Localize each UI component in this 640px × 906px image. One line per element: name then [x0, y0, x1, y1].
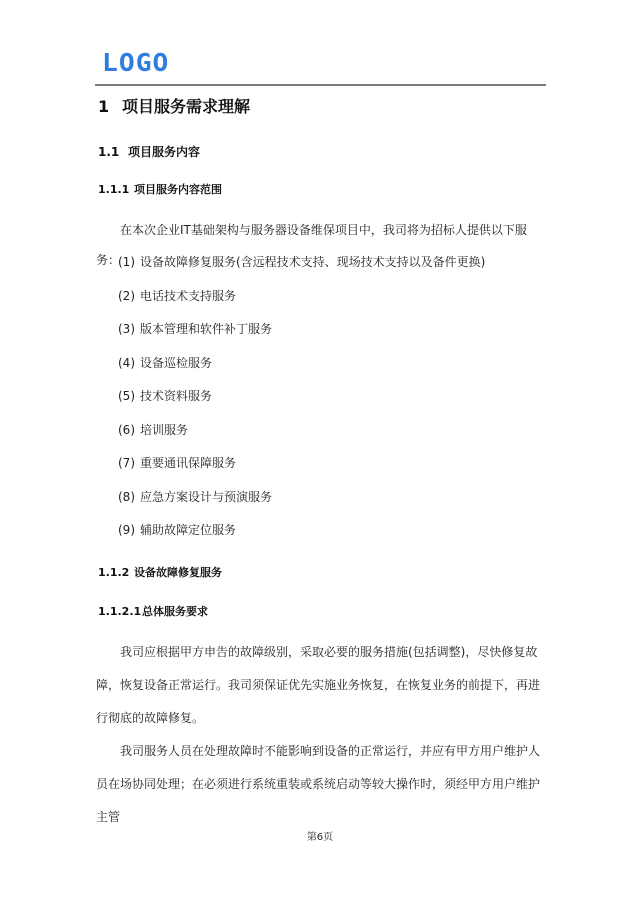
- heading-title: 总体服务要求: [142, 605, 208, 618]
- list-item: (2)电话技术支持服务: [118, 286, 485, 320]
- paragraph-2: 我司服务人员在处理故障时不能影响到设备的正常运行，并应有甲方用户维护人员在场协同…: [96, 735, 546, 834]
- heading-4-general: 1.1.2.1总体服务要求: [98, 603, 208, 619]
- logo: LOGO: [102, 49, 169, 77]
- heading-number: 1: [98, 97, 122, 116]
- heading-number: 1.1.1: [98, 183, 134, 196]
- list-item: (3)版本管理和软件补丁服务: [118, 319, 485, 353]
- heading-title: 项目服务需求理解: [122, 97, 250, 116]
- paragraph-text: 我司应根据甲方申告的故障级别，采取必要的服务措施(包括调整)，尽快修复故障，恢复…: [96, 645, 540, 725]
- header-divider: [95, 84, 546, 86]
- heading-number: 1.1.2.1: [98, 605, 142, 618]
- list-item: (8)应急方案设计与预演服务: [118, 487, 485, 521]
- list-item: (9)辅助故障定位服务: [118, 520, 485, 554]
- paragraph-text: 我司服务人员在处理故障时不能影响到设备的正常运行，并应有甲方用户维护人员在场协同…: [96, 744, 540, 824]
- list-item: (1)设备故障修复服务(含远程技术支持、现场技术支持以及备件更换): [118, 252, 485, 286]
- list-item: (4)设备巡检服务: [118, 353, 485, 387]
- page-number: 第6页: [0, 828, 640, 843]
- heading-title: 项目服务内容: [128, 145, 200, 159]
- heading-3-repair: 1.1.2设备故障修复服务: [98, 564, 222, 580]
- paragraph-1: 我司应根据甲方申告的故障级别，采取必要的服务措施(包括调整)，尽快修复故障，恢复…: [96, 636, 546, 735]
- list-item: (6)培训服务: [118, 420, 485, 454]
- heading-2: 1.1项目服务内容: [98, 143, 200, 160]
- heading-title: 项目服务内容范围: [134, 183, 222, 196]
- heading-3-scope: 1.1.1项目服务内容范围: [98, 181, 222, 197]
- heading-1: 1项目服务需求理解: [98, 94, 250, 117]
- list-item: (5)技术资料服务: [118, 386, 485, 420]
- document-page: LOGO 1项目服务需求理解 1.1项目服务内容 1.1.1项目服务内容范围 在…: [0, 0, 640, 906]
- list-item: (7)重要通讯保障服务: [118, 453, 485, 487]
- service-list: (1)设备故障修复服务(含远程技术支持、现场技术支持以及备件更换) (2)电话技…: [118, 252, 485, 554]
- heading-number: 1.1.2: [98, 566, 134, 579]
- heading-title: 设备故障修复服务: [134, 566, 222, 579]
- heading-number: 1.1: [98, 145, 128, 159]
